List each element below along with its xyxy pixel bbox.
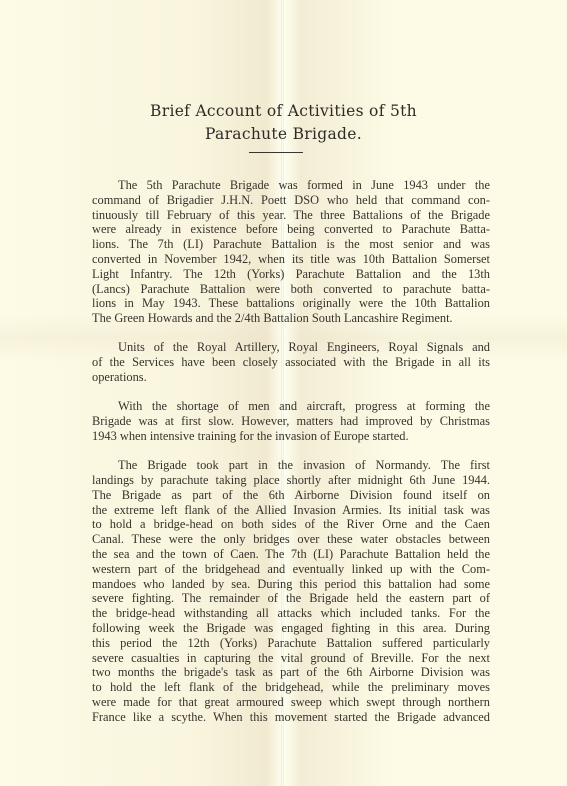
paragraph: Units of the Royal Artillery, Royal Engi… [92,340,490,384]
text-line: western part of the bridgehead and event… [92,562,490,577]
text-line: 1943 when intensive training for the inv… [92,429,490,444]
document-body: The 5th Parachute Brigade was formed in … [92,178,490,739]
text-line: With the shortage of men and aircraft, p… [92,399,490,414]
title-divider [249,152,303,153]
text-line: following week the Brigade was engaged f… [92,621,490,636]
text-line: landings by parachute taking place short… [92,473,490,488]
text-line: (Lancs) Parachute Battalion were both co… [92,282,490,297]
text-line: Units of the Royal Artillery, Royal Engi… [92,340,490,355]
text-line: Canal. These were the only bridges over … [92,532,490,547]
text-line: to hold the left flank of the bridgehead… [92,680,490,695]
text-line: The Green Howards and the 2/4th Battalio… [92,311,490,326]
text-line: lions. The 7th (LI) Parachute Battalion … [92,237,490,252]
text-line: of the Services have been closely associ… [92,355,490,370]
text-line: Light Infantry. The 12th (Yorks) Parachu… [92,267,490,282]
paragraph: The Brigade took part in the invasion of… [92,458,490,724]
text-line: converted in November 1942, when its tit… [92,252,490,267]
text-line: two months the brigade's task as part of… [92,665,490,680]
paragraph: With the shortage of men and aircraft, p… [92,399,490,443]
text-line: the sea and the town of Caen. The 7th (L… [92,547,490,562]
text-line: the bridge-head withstanding all attacks… [92,606,490,621]
text-line: Brigade was at first slow. However, matt… [92,414,490,429]
title-line-2: Parachute Brigade. [0,123,567,146]
document-title: Brief Account of Activities of 5th Parac… [0,100,567,146]
text-line: the extreme left flank of the Allied Inv… [92,503,490,518]
text-line: The Brigade took part in the invasion of… [92,458,490,473]
text-line: severe casualties in capturing the vital… [92,651,490,666]
title-line-1: Brief Account of Activities of 5th [0,100,567,123]
text-line: mandoes who landed by sea. During this p… [92,577,490,592]
text-line: France like a scythe. When this movement… [92,710,490,725]
text-line: severe fighting. The remainder of the Br… [92,591,490,606]
text-line: were made for that great armoured sweep … [92,695,490,710]
text-line: command of Brigadier J.H.N. Poett DSO wh… [92,193,490,208]
text-line: The 5th Parachute Brigade was formed in … [92,178,490,193]
text-line: tinuously till February of this year. Th… [92,208,490,223]
text-line: The Brigade as part of the 6th Airborne … [92,488,490,503]
text-line: lions in May 1943. These battalions orig… [92,296,490,311]
text-line: to hold a bridge-head on both sides of t… [92,517,490,532]
text-line: operations. [92,370,490,385]
text-line: this period the 12th (Yorks) Parachute B… [92,636,490,651]
text-line: were already in existence before being c… [92,222,490,237]
paragraph: The 5th Parachute Brigade was formed in … [92,178,490,326]
